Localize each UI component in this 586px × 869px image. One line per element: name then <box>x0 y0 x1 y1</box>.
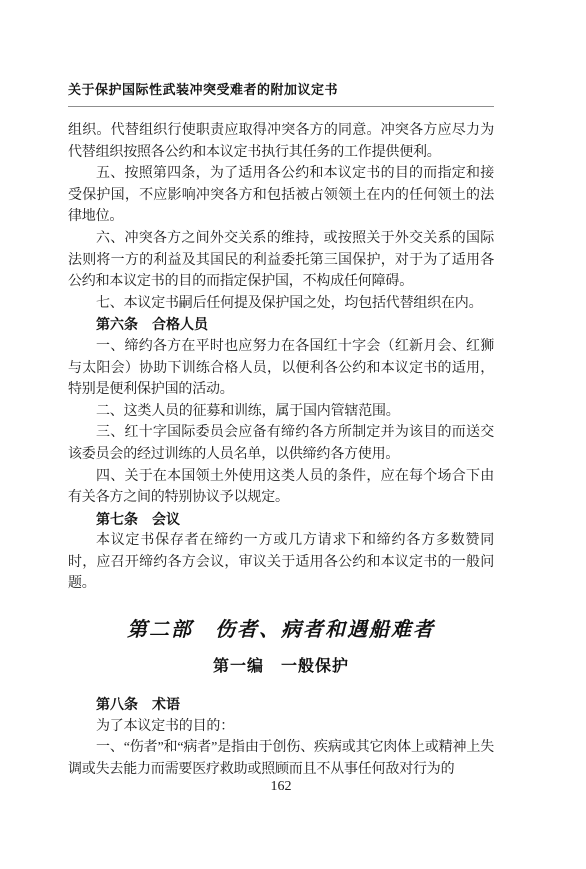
paragraph-continuation: 组织。代替组织行使职责应取得冲突各方的同意。冲突各方应尽力为代替组织按照各公约和… <box>68 120 494 163</box>
body-text: 组织。代替组织行使职责应取得冲突各方的同意。冲突各方应尽力为代替组织按照各公约和… <box>68 120 494 780</box>
document-page: 关于保护国际性武装冲突受难者的附加议定书 组织。代替组织行使职责应取得冲突各方的… <box>0 0 586 869</box>
article-8-heading: 第八条 术语 <box>68 694 494 716</box>
article-6-item-3: 三、红十字国际委员会应备有缔约各方所制定并为该目的而送交该委员会的经过训练的人员… <box>68 422 494 465</box>
article-8-intro: 为了本议定书的目的： <box>68 716 494 738</box>
paragraph-item-6: 六、冲突各方之间外交关系的维持，或按照关于外交关系的国际法则将一方的利益及其国民… <box>68 228 494 293</box>
article-6-item-4: 四、关于在本国领土外使用这类人员的条件，应在每个场合下由有关各方之间的特别协议予… <box>68 466 494 509</box>
article-6-heading: 第六条 合格人员 <box>68 314 494 336</box>
section-1-title: 第一编 一般保护 <box>68 655 494 678</box>
article-8-item-1: 一、“伤者”和“病者”是指由于创伤、疾病或其它肉体上或精神上失调或失去能力而需要… <box>68 737 494 780</box>
article-6-item-2: 二、这类人员的征募和训练，属于国内管辖范围。 <box>68 401 494 423</box>
page-number: 162 <box>68 778 494 796</box>
article-6-item-1: 一、缔约各方在平时也应努力在各国红十字会（红新月会、红狮与太阳会）协助下训练合格… <box>68 336 494 401</box>
article-7-heading: 第七条 会议 <box>68 509 494 531</box>
paragraph-item-5: 五、按照第四条，为了适用各公约和本议定书的目的而指定和接受保护国，不应影响冲突各… <box>68 163 494 228</box>
part-2-title: 第二部 伤者、病者和遇船难者 <box>68 616 494 643</box>
paragraph-item-7: 七、本议定书嗣后任何提及保护国之处，均包括代替组织在内。 <box>68 293 494 315</box>
article-7-body: 本议定书保存者在缔约一方或几方请求下和缔约各方多数赞同时，应召开缔约各方会议，审… <box>68 530 494 595</box>
running-header: 关于保护国际性武装冲突受难者的附加议定书 <box>68 83 494 107</box>
text-column: 关于保护国际性武装冲突受难者的附加议定书 组织。代替组织行使职责应取得冲突各方的… <box>68 83 494 780</box>
